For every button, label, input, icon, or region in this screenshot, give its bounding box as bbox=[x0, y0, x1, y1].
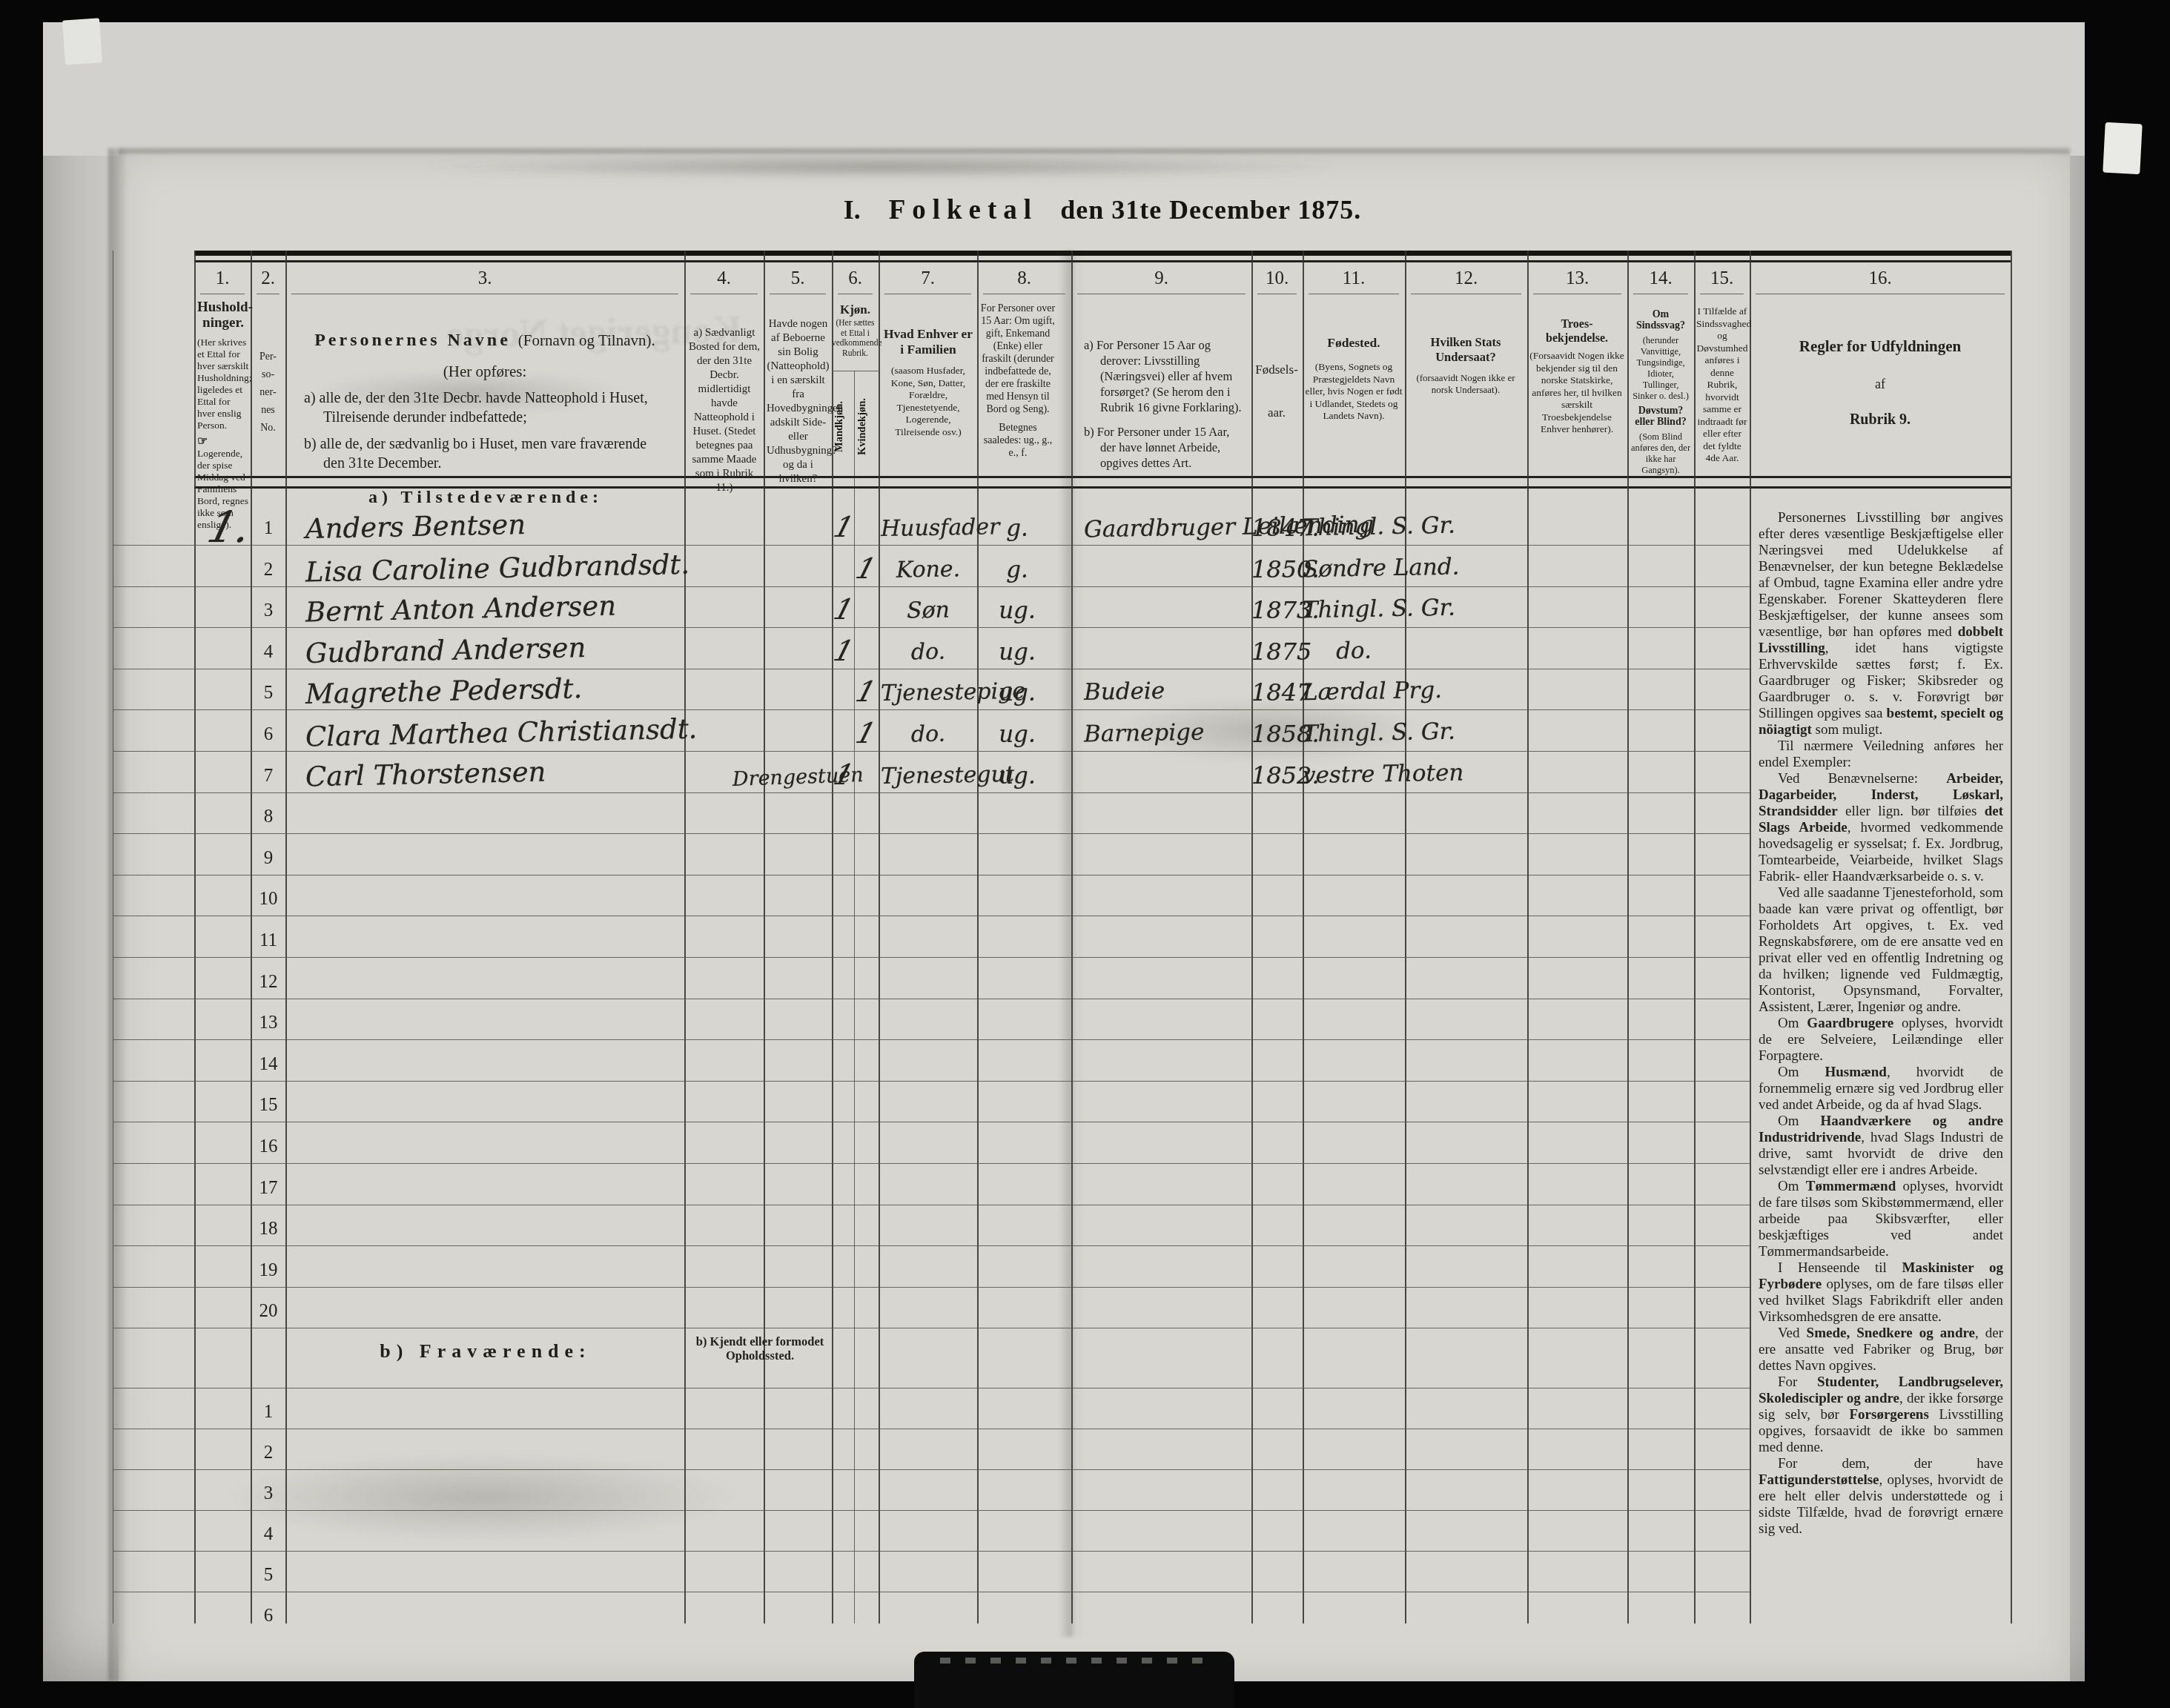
birthplace-entry: Thingl. S. Gr. bbox=[1303, 595, 1406, 623]
family-position-entry: Huusfader bbox=[881, 514, 976, 542]
column-header-regler: Regler for Udfyldningen af Rubrik 9. bbox=[1753, 337, 2008, 428]
instruction-paragraph: Ved Smede, Snedkere og andre, der ere an… bbox=[1759, 1325, 2003, 1374]
person-number: 2 bbox=[252, 1443, 285, 1463]
column-number-underline bbox=[257, 294, 279, 294]
birth-year-entry: 1875 bbox=[1251, 638, 1303, 666]
header-item-a: a) For Personer 15 Aar og derover: Livss… bbox=[1100, 337, 1247, 415]
person-number: 11 bbox=[252, 930, 285, 951]
column-header-troesbekjendelse: Troes- bekjendelse. (Forsaavidt Nogen ik… bbox=[1529, 317, 1624, 436]
birthplace-entry: Søndre Land. bbox=[1303, 554, 1406, 582]
column-divider bbox=[2011, 251, 2012, 1623]
column-divider bbox=[285, 251, 287, 1623]
row-line bbox=[113, 1163, 1750, 1164]
corner-label-sticker bbox=[62, 18, 102, 64]
column-header-bosted: a) Sædvanligt Bosted for dem, der den 31… bbox=[688, 326, 761, 495]
header-note-2: (Som Blind anføres den, der ikke har Gan… bbox=[1630, 431, 1692, 476]
family-position-entry: do. bbox=[881, 721, 976, 748]
column-number: 7. bbox=[879, 268, 977, 289]
family-position-entry: do. bbox=[881, 638, 976, 666]
column-divider bbox=[1071, 251, 1073, 1623]
column-divider bbox=[684, 251, 686, 1623]
person-number: 4 bbox=[252, 642, 285, 663]
fold-crease bbox=[119, 147, 2070, 154]
birthplace-entry: Thingl. S. Gr. bbox=[1303, 513, 1406, 541]
column-number-underline bbox=[1411, 294, 1521, 294]
column-number-underline bbox=[1633, 294, 1688, 294]
instruction-paragraph: Ved Benævnelserne: Arbeider, Dagarbeider… bbox=[1759, 771, 2003, 885]
row-line bbox=[113, 957, 1750, 958]
header-note: (Byens, Sognets og Præstegjeldets Navn e… bbox=[1305, 361, 1403, 423]
person-number: 20 bbox=[252, 1301, 285, 1322]
column-divider bbox=[1750, 251, 1751, 1623]
birth-year-entry: 1850. bbox=[1251, 555, 1303, 583]
person-number: 3 bbox=[252, 1483, 285, 1504]
person-number: 3 bbox=[252, 600, 285, 621]
header-title-1: Om Sindssvag? bbox=[1630, 309, 1692, 331]
row-line bbox=[113, 669, 1750, 669]
page-title: I. Folketal den 31te December 1875. bbox=[194, 194, 2011, 226]
regler-line-2: af bbox=[1753, 377, 2008, 392]
marital-status-entry: ug. bbox=[979, 680, 1056, 706]
header-title: Troes- bekjendelse. bbox=[1529, 317, 1624, 345]
header-note: (forsaavidt Nogen ikke er norsk Undersaa… bbox=[1407, 372, 1524, 396]
row-line bbox=[113, 1081, 1750, 1082]
occupation-entry: Barnepige bbox=[1084, 719, 1205, 748]
column-number: 12. bbox=[1405, 268, 1527, 289]
column-number: 16. bbox=[1750, 268, 2011, 289]
birth-year-entry: 1847. bbox=[1251, 514, 1303, 542]
row-line bbox=[113, 1551, 1750, 1552]
column-number-underline bbox=[884, 294, 971, 294]
column-number: 6. bbox=[832, 268, 879, 289]
column-number: 4. bbox=[684, 268, 764, 289]
instruction-paragraph: Til nærmere Veiledning anføres her endel… bbox=[1759, 738, 2003, 771]
column-number-underline bbox=[1309, 294, 1399, 294]
column-divider bbox=[1303, 251, 1304, 1623]
column-number-underline bbox=[291, 294, 678, 294]
column-divider bbox=[977, 251, 979, 1623]
occupation-entry: Budeie bbox=[1084, 678, 1165, 706]
column-divider bbox=[1694, 251, 1696, 1623]
column-number: 10. bbox=[1251, 268, 1303, 289]
column-number: 9. bbox=[1071, 268, 1251, 289]
column-number: 8. bbox=[977, 268, 1071, 289]
family-position-entry: Tjenestegut bbox=[881, 761, 976, 789]
row-line bbox=[113, 1122, 1750, 1122]
header-note: (Her sættes et Ettal i vedkommende Rubri… bbox=[832, 319, 879, 359]
column-divider bbox=[1405, 251, 1406, 1623]
row-line bbox=[113, 1510, 1750, 1511]
instruction-paragraph: Om Gaardbrugere oplyses, hvorvidt de ere… bbox=[1759, 1016, 2003, 1065]
marital-status-entry: g. bbox=[979, 557, 1056, 583]
instruction-paragraph: Om Haandværkere og andre Industridrivend… bbox=[1759, 1113, 2003, 1179]
bleed-smudge bbox=[222, 1453, 741, 1542]
section-a-label: a) Tilstedeværende: bbox=[319, 488, 652, 508]
row-line bbox=[113, 709, 1750, 710]
person-number: 18 bbox=[252, 1219, 285, 1239]
birthplace-entry: Thingl. S. Gr. bbox=[1303, 719, 1406, 747]
person-number: 16 bbox=[252, 1136, 285, 1157]
header-note-1: (herunder Vanvittige, Tungsindige, Idiot… bbox=[1630, 335, 1692, 402]
column-number-underline bbox=[200, 294, 245, 294]
column-header-udhusbygning: Havde nogen af Beboerne sin Bolig (Natte… bbox=[767, 317, 830, 486]
person-name-entry: Carl Thorstensen bbox=[305, 755, 546, 792]
instruction-paragraph: Om Tømmermænd oplyses, hvorvidt de fare … bbox=[1759, 1179, 2003, 1260]
navne-subtitle-text: (Fornavn og Tilnavn). bbox=[518, 331, 655, 349]
column-header-foedselsaar: Fødsels- aar. bbox=[1253, 348, 1300, 434]
marital-status-entry: g. bbox=[979, 515, 1056, 542]
header-title: Personernes Navne (Fornavn og Tilnavn). bbox=[291, 331, 679, 351]
row-line bbox=[113, 1592, 1750, 1592]
sex-subcolumn-divider bbox=[854, 371, 855, 1623]
column-number-underline bbox=[1756, 294, 2005, 294]
title-word: Folketal bbox=[889, 195, 1038, 225]
family-position-entry: Kone. bbox=[881, 555, 976, 583]
birth-year-entry: 1873. bbox=[1251, 596, 1303, 624]
column-number-underline bbox=[1533, 294, 1621, 294]
person-number: 9 bbox=[252, 848, 285, 869]
table-top-border bbox=[194, 251, 2011, 256]
person-number: 7 bbox=[252, 766, 285, 787]
row-line bbox=[113, 792, 1750, 793]
column-number: 14. bbox=[1627, 268, 1694, 289]
column-header-tilfaelde: I Tilfælde af Sindssvaghed og Døvstumhed… bbox=[1696, 305, 1748, 465]
person-number: 17 bbox=[252, 1178, 285, 1199]
person-number: 14 bbox=[252, 1054, 285, 1075]
kjoen-split-line bbox=[832, 371, 879, 371]
margin-rule bbox=[113, 251, 113, 1623]
person-number: 5 bbox=[252, 683, 285, 704]
row-line bbox=[113, 1328, 1750, 1328]
row-line bbox=[113, 1287, 1750, 1288]
family-position-entry: Tjenestepige bbox=[881, 679, 976, 706]
title-date: den 31te December 1875. bbox=[1060, 195, 1361, 225]
column-number-underline bbox=[983, 294, 1065, 294]
person-number: 4 bbox=[252, 1524, 285, 1545]
column-divider bbox=[879, 251, 880, 1623]
column-number: 1. bbox=[194, 268, 251, 289]
column-header-foedested: Fødested. (Byens, Sognets og Præstegjeld… bbox=[1305, 335, 1403, 423]
marital-status-entry: ug. bbox=[979, 721, 1056, 748]
marital-status-entry: ug. bbox=[979, 598, 1056, 624]
kvindekjoen-label: Kvindekjøn. bbox=[856, 380, 876, 474]
instruction-paragraph: Ved alle saadanne Tjenesteforhold, som b… bbox=[1759, 885, 2003, 1016]
mandkjoen-label: Mandkjøn. bbox=[833, 380, 853, 474]
birthplace-entry: vestre Thoten bbox=[1303, 760, 1406, 788]
birth-year-entry: 1847 bbox=[1251, 678, 1303, 706]
column-header-navne: Personernes Navne (Fornavn og Tilnavn). … bbox=[291, 297, 679, 473]
header-title-2: Døvstum? eller Blind? bbox=[1630, 406, 1692, 428]
column-header-civilstand: For Personer over 15 Aar: Om ugift, gift… bbox=[979, 302, 1056, 460]
scanned-census-page: Kongeriget Norge I. Folketal den 31te De… bbox=[0, 0, 2170, 1708]
column-header-statsborgerskab: Hvilken Stats Undersaat? (forsaavidt Nog… bbox=[1407, 335, 1524, 396]
instruction-paragraph: Personernes Livsstilling bør angives eft… bbox=[1759, 510, 2003, 738]
family-position-entry: Søn bbox=[881, 597, 976, 624]
person-number: 1 bbox=[252, 518, 285, 539]
column-number: 13. bbox=[1527, 268, 1627, 289]
birthplace-entry: Lærdal Prg. bbox=[1303, 678, 1406, 706]
column-header-kjoen: Kjøn. (Her sættes et Ettal i vedkommende… bbox=[832, 302, 879, 359]
person-number: 15 bbox=[252, 1095, 285, 1116]
section-b-subheader: b) Kjendt eller formodet Opholdssted. bbox=[688, 1334, 832, 1363]
row-line bbox=[113, 833, 1750, 834]
header-title: Hvilken Stats Undersaat? bbox=[1407, 335, 1524, 365]
header-item-b: b) alle de, der sædvanlig bo i Huset, me… bbox=[323, 434, 666, 473]
person-number: 5 bbox=[252, 1565, 285, 1586]
person-name-entry: Magrethe Pedersdt. bbox=[305, 672, 583, 710]
upper-page-strip bbox=[43, 22, 2085, 156]
row-line bbox=[113, 1205, 1750, 1205]
row-line bbox=[113, 545, 1750, 546]
birth-year-entry: 1858. bbox=[1251, 720, 1303, 748]
instructions-column: Personernes Livsstilling bør angives eft… bbox=[1759, 510, 2003, 1655]
column-number: 2. bbox=[251, 268, 285, 289]
header-note: (saasom Husfader, Kone, Søn, Datter, For… bbox=[882, 365, 974, 438]
header-title: Hvad Enhver er i Familien bbox=[882, 326, 974, 357]
column-number: 15. bbox=[1694, 268, 1750, 289]
column-header-personernes-no: Per- so- ner- nes No. bbox=[251, 348, 285, 437]
title-numeral: I. bbox=[844, 195, 861, 225]
column-number-underline bbox=[1257, 294, 1297, 294]
binding-shadow bbox=[108, 148, 128, 1681]
column-number-underline bbox=[1700, 294, 1744, 294]
column-number: 5. bbox=[764, 268, 832, 289]
row-line bbox=[113, 627, 1750, 628]
row-line bbox=[113, 875, 1750, 875]
edge-label-sticker bbox=[2103, 122, 2142, 175]
header-text: For Personer over 15 Aar: Om ugift, gift… bbox=[979, 302, 1056, 416]
header-note: (Forsaavidt Nogen ikke bekjender sig til… bbox=[1529, 350, 1624, 436]
column-number-underline bbox=[690, 294, 758, 294]
person-number: 10 bbox=[252, 889, 285, 910]
column-number-underline bbox=[1077, 294, 1246, 294]
header-item-a: a) alle de, der den 31te Decbr. havde Na… bbox=[323, 388, 666, 427]
column-number: 11. bbox=[1303, 268, 1405, 289]
column-divider bbox=[1527, 251, 1529, 1623]
header-title: Hushold- ninger. bbox=[197, 299, 249, 331]
row-line bbox=[113, 1388, 1750, 1388]
header-item-b: b) For Personer under 15 Aar, der have l… bbox=[1100, 424, 1247, 471]
column-header-livsstilling: a) For Personer 15 Aar og derover: Livss… bbox=[1084, 337, 1247, 480]
person-name-entry: Bernt Anton Andersen bbox=[305, 590, 617, 629]
marital-status-entry: ug. bbox=[979, 639, 1056, 666]
row-line bbox=[113, 916, 1750, 916]
row-line bbox=[113, 1245, 1750, 1246]
header-title: Kjøn. bbox=[832, 302, 879, 317]
person-number: 13 bbox=[252, 1013, 285, 1033]
instruction-paragraph: I Henseende til Maskinister og Fyrbødere… bbox=[1759, 1260, 2003, 1325]
column-header-familiestilling: Hvad Enhver er i Familien (saasom Husfad… bbox=[882, 326, 974, 438]
section-b-label: b) Fraværende: bbox=[319, 1340, 652, 1363]
column-number-underline bbox=[838, 294, 873, 294]
column-divider bbox=[1251, 251, 1253, 1623]
header-codes: Betegnes saaledes: ug., g., e., f. bbox=[979, 422, 1056, 460]
navne-title: Personernes Navne bbox=[314, 331, 511, 350]
column-header-sindssvag: Om Sindssvag? (herunder Vanvittige, Tung… bbox=[1630, 305, 1692, 476]
instruction-paragraph: For dem, der have Fattigunderstøttelse, … bbox=[1759, 1456, 2003, 1537]
header-note: (Her skrives et Ettal for hver særskilt … bbox=[197, 337, 249, 431]
column-number: 3. bbox=[285, 268, 684, 289]
column-header-husholdninger: Hushold- ninger. (Her skrives et Ettal f… bbox=[197, 299, 249, 531]
person-number: 1 bbox=[252, 1402, 285, 1423]
person-name-entry: Gudbrand Andersen bbox=[305, 632, 586, 669]
table-top-border-inner bbox=[194, 260, 2011, 262]
column-divider bbox=[194, 251, 196, 1623]
person-number: 19 bbox=[252, 1260, 285, 1281]
column-divider bbox=[1627, 251, 1629, 1623]
row-line bbox=[113, 1469, 1750, 1470]
column-number-underline bbox=[770, 294, 826, 294]
person-number: 12 bbox=[252, 972, 285, 993]
perforation-marks bbox=[940, 1658, 1207, 1664]
regler-line-1: Regler for Udfyldningen bbox=[1753, 337, 2008, 356]
row-line bbox=[113, 1429, 1750, 1429]
instruction-paragraph: For Studenter, Landbrugselever, Skoledis… bbox=[1759, 1374, 2003, 1456]
instruction-paragraph: Om Husmænd, hvorvidt de fornemmelig ernæ… bbox=[1759, 1065, 2003, 1113]
person-name-entry: Anders Bentsen bbox=[305, 509, 526, 545]
column-divider bbox=[764, 251, 765, 1623]
fold-shadow bbox=[415, 156, 1349, 178]
pointing-hand-icon: ☞ bbox=[197, 435, 208, 448]
row-line bbox=[113, 999, 1750, 999]
marital-status-entry: ug. bbox=[979, 763, 1056, 790]
birth-year-entry: 1852. bbox=[1251, 761, 1303, 790]
person-number: 6 bbox=[252, 724, 285, 745]
header-title: Fødested. bbox=[1305, 335, 1403, 351]
regler-line-3: Rubrik 9. bbox=[1753, 411, 2008, 428]
header-intro: (Her opføres: bbox=[291, 363, 679, 381]
person-number: 2 bbox=[252, 560, 285, 580]
row-line bbox=[113, 1039, 1750, 1040]
person-number: 8 bbox=[252, 807, 285, 827]
birthplace-entry: do. bbox=[1303, 637, 1406, 665]
person-number: 6 bbox=[252, 1606, 285, 1626]
